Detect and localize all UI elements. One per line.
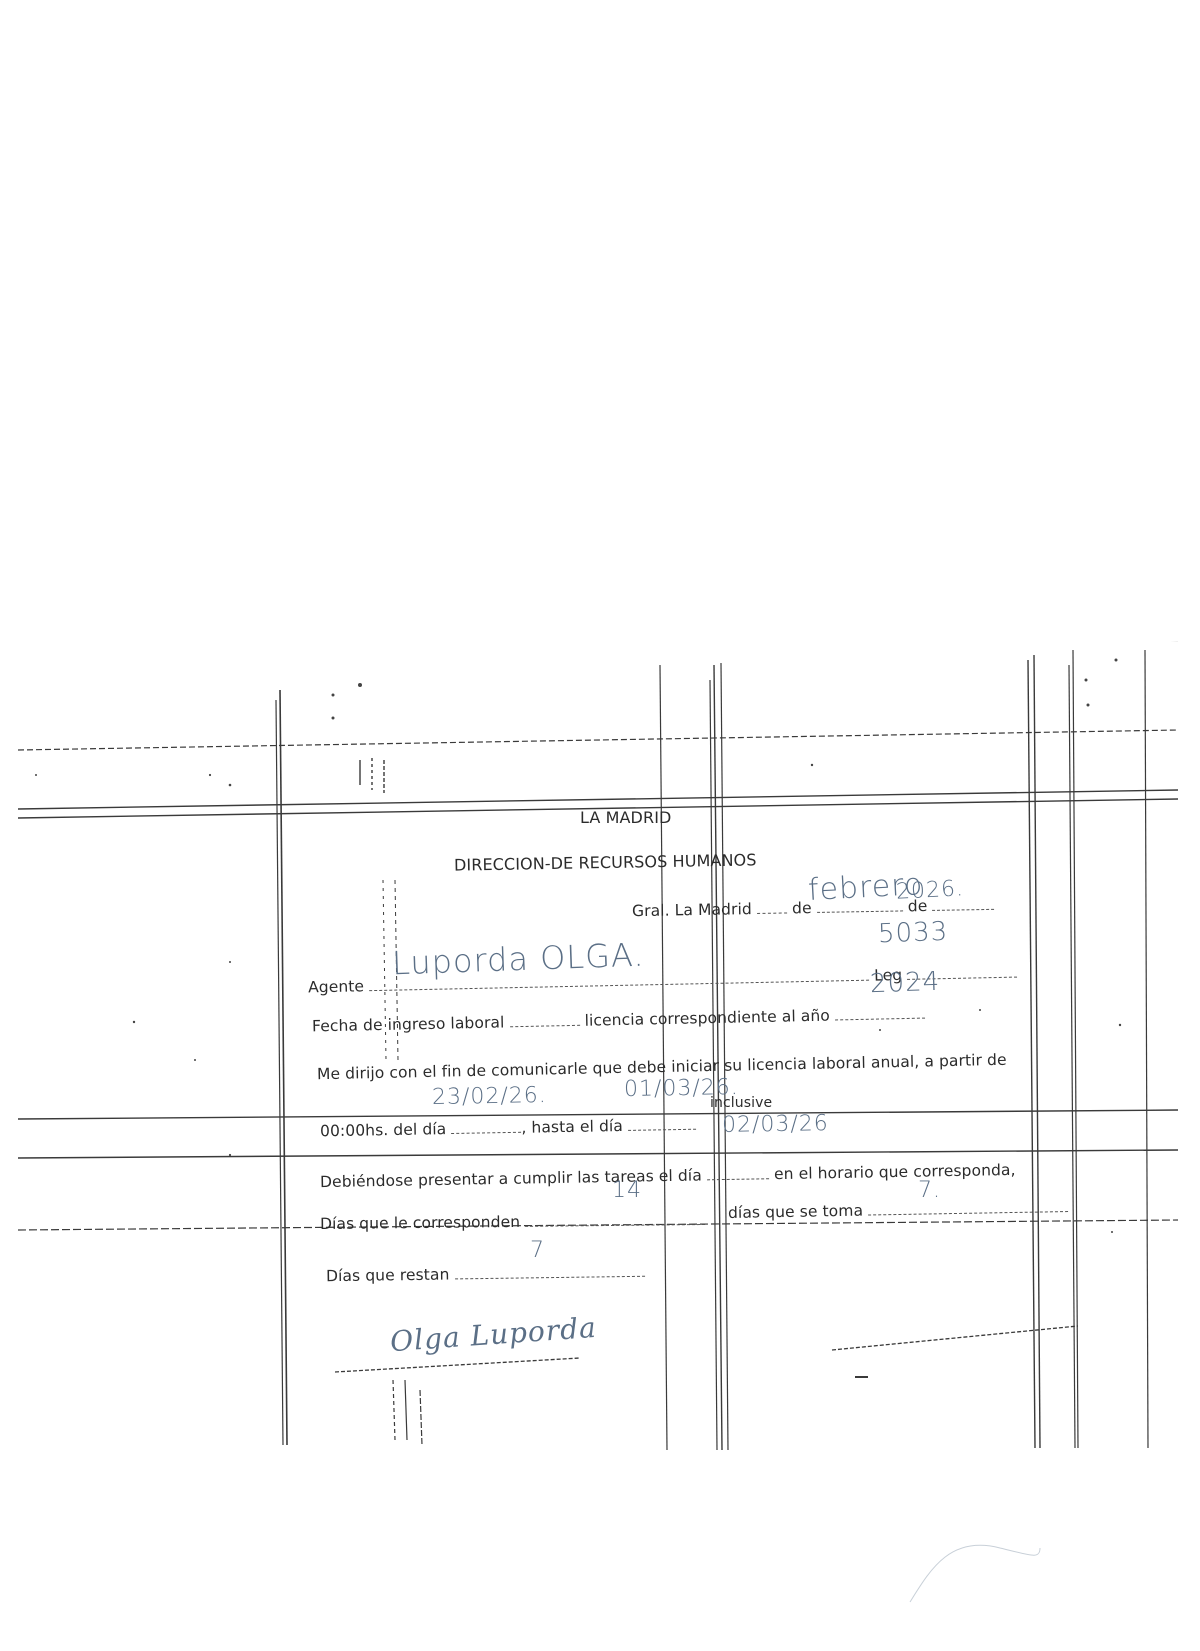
agente-label: Agente — [308, 977, 364, 996]
handwritten-return-date[interactable]: 02/03/26 — [722, 1111, 829, 1138]
blank-month — [817, 910, 903, 913]
corresponden-blank — [525, 1224, 705, 1227]
toma-blank — [868, 1211, 1068, 1215]
place-label: Gral. La Madrid — [632, 900, 752, 920]
blank-day — [757, 912, 787, 914]
ingreso-blank — [510, 1025, 580, 1027]
licencia-year-blank — [835, 1018, 925, 1021]
start-blank — [451, 1132, 521, 1134]
handwritten-days-corresponden[interactable]: 14 — [612, 1178, 642, 1203]
handwritten-licencia-year[interactable]: 2024 — [869, 967, 940, 999]
toma-label: días que se toma — [728, 1202, 863, 1222]
end-blank — [628, 1129, 696, 1131]
handwritten-year[interactable]: 2026. — [895, 876, 964, 905]
restan-label: Días que restan — [326, 1266, 450, 1286]
org-heading: LA MADRID — [580, 808, 671, 827]
handwritten-days-toma[interactable]: 7. — [918, 1178, 941, 1203]
handwritten-days-restan[interactable]: 7 — [530, 1238, 545, 1263]
corresponden-line: Días que le corresponden — [320, 1210, 705, 1233]
return-blank — [707, 1178, 769, 1180]
corresponden-label: Días que le corresponden — [320, 1213, 520, 1233]
handwritten-leg-number[interactable]: 5033 — [877, 917, 948, 949]
handwritten-start-date[interactable]: 23/02/26. — [432, 1083, 547, 1110]
blank-year — [933, 909, 995, 911]
start-label: 00:00hs. del día — [320, 1120, 447, 1140]
inclusive-label: inclusive — [710, 1095, 772, 1111]
restan-blank — [455, 1276, 645, 1280]
end-label: , hasta el día — [521, 1117, 623, 1137]
